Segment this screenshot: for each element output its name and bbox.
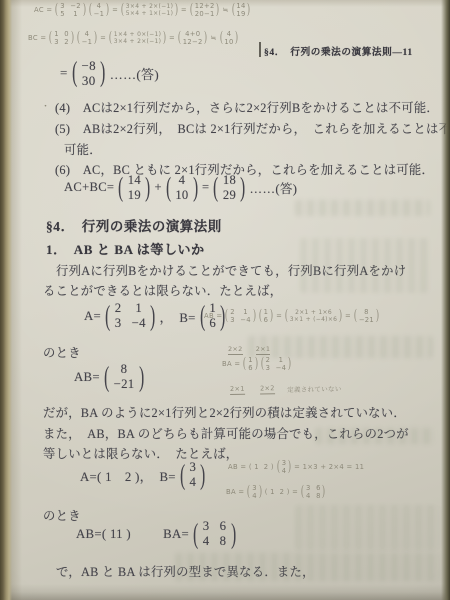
matrix-paren-left: (	[50, 31, 53, 45]
matrix-paren-left: (	[77, 31, 80, 45]
para-1a: 行列Aに行列Bをかけることができても，行列Bに行列Aをかけ	[56, 261, 406, 279]
running-head: §4． 行列の乗法の演算法則―11	[264, 44, 413, 58]
matrix-paren-left: (	[248, 485, 251, 499]
matrix: (16)	[243, 356, 257, 372]
matrix-cell: 3	[115, 316, 122, 331]
text-run: BA=	[163, 527, 189, 542]
matrix-cell: 1	[243, 308, 248, 316]
matrix: (1×4 + 0×(−1)3×4 + 2×(−1))	[109, 31, 166, 45]
text-run: AB = ( 1 2 )	[228, 463, 274, 471]
matrix-cell: 4+0	[185, 30, 200, 38]
matrix-paren-left: (	[190, 3, 193, 17]
matrix-paren-right: )	[201, 462, 206, 489]
matrix: (1829)	[212, 173, 246, 203]
matrix-cell: 2×1 + 1×6	[295, 309, 332, 316]
matrix-cell: 3	[54, 38, 59, 46]
matrix-cell: 1	[54, 30, 59, 38]
matrix-paren-right: )	[270, 309, 273, 323]
matrix-paren-left: (	[220, 31, 223, 45]
matrix-cell: 1	[135, 301, 142, 316]
matrix-paren-left: (	[232, 3, 235, 17]
text-run: BC =	[28, 34, 46, 42]
matrix-paren-right: )	[139, 364, 144, 391]
matrix-paren-left: (	[89, 3, 92, 17]
matrix-paren-right: )	[376, 309, 379, 323]
matrix-cell: 1	[279, 356, 284, 364]
matrix-cell: 18	[223, 173, 236, 188]
matrix-paren-left: (	[180, 462, 185, 489]
text-run: 2×1	[256, 345, 271, 355]
text-run: だが，BA のように2×1行列と2×2行列の積は定義されていない．	[43, 403, 406, 421]
item-5-cont: 可能．	[64, 140, 102, 158]
text-run: +	[154, 180, 161, 195]
item-5: (5) ABは2×2行列， BCは 2×1行列だから， これらを加えることは不	[55, 119, 450, 137]
matrix-paren-left: (	[178, 31, 181, 45]
matrix-paren-left: (	[105, 303, 110, 330]
matrix-cell: 14	[128, 173, 141, 188]
matrix-paren-right: )	[247, 3, 250, 17]
matrix: (12+220−1)	[190, 2, 220, 18]
matrix-cell: 4	[179, 173, 186, 188]
matrix-cell: −21	[359, 316, 374, 324]
matrix-paren-right: )	[339, 309, 342, 323]
matrix-paren-right: )	[236, 31, 239, 45]
matrix-cell: 8	[220, 534, 227, 549]
matrix-paren-right: )	[175, 3, 178, 17]
hw-ba-undefined: BA =(16)(213−4)	[222, 356, 291, 372]
ac-plus-bc-answer: AC+BC=(1419)+(410)=(1829)……(答)	[64, 173, 297, 203]
para-2a: だが，BA のように2×1行列と2×2行列の積は定義されていない．	[43, 403, 406, 421]
matrix-cell: 4	[203, 534, 210, 549]
matrix-cell: 10	[175, 188, 188, 203]
matrix-cell: 6	[248, 364, 253, 372]
matrix: (1032)	[49, 30, 73, 46]
matrix-paren-right: )	[145, 175, 150, 201]
matrix: (4−1)	[89, 2, 109, 18]
hw-bc-calc: BC =(1032)(4−1)=(1×4 + 0×(−1)3×4 + 2×(−1…	[28, 30, 239, 46]
text-run: AC =	[34, 6, 52, 14]
text-run: (5) ABは2×2行列， BCは 2×1行列だから， これらを加えることは不	[55, 119, 450, 137]
matrix: (1419)	[117, 173, 151, 203]
matrix-paren-right: )	[94, 31, 97, 45]
matrix-paren-right: )	[83, 3, 86, 17]
matrix-paren-right: )	[259, 485, 262, 499]
matrix-paren-left: (	[56, 3, 59, 17]
matrix-paren-left: (	[104, 364, 109, 391]
matrix-cell: 3	[282, 459, 287, 467]
hw-ba2-calc: BA =(34)( 1 2 ) =(3648)	[226, 484, 326, 500]
text-run: BA =	[222, 360, 240, 368]
text-run: 1． AB と BA は等しいか	[46, 239, 205, 258]
matrix-cell: −2	[70, 2, 81, 10]
matrix-paren-right: )	[150, 303, 155, 330]
matrix-cell: 2	[115, 301, 122, 316]
matrix-cell: 30	[82, 73, 96, 88]
para-notoki-1: のとき	[43, 343, 81, 361]
matrix-cell: 14	[236, 2, 245, 10]
matrix-paren-right: )	[100, 60, 105, 87]
matrix-cell: 19	[236, 10, 245, 18]
matrix: (3648)	[301, 484, 325, 500]
matrix-paren-right: )	[231, 521, 236, 548]
para-1b: ることができるとは限らない．たとえば，	[43, 281, 282, 299]
matrix-cell: 12+2	[195, 2, 215, 10]
matrix-cell: 3	[230, 316, 235, 324]
matrix-paren-left: (	[244, 357, 247, 371]
matrix-cell: 3×4 + 2×(−1)	[126, 3, 173, 10]
matrix-cell: 4	[85, 30, 90, 38]
matrix-cell: 8	[364, 308, 369, 316]
text-run: A=	[84, 309, 101, 324]
text-run: ・	[41, 99, 50, 112]
text-run: ……(答)	[250, 178, 298, 197]
matrix: (−830)	[71, 58, 107, 89]
matrix-paren-left: (	[193, 521, 198, 548]
hw-ab-dims: 2×2 2×1	[228, 345, 270, 355]
matrix: (4+012−2)	[178, 30, 208, 46]
matrix-paren-right: )	[240, 175, 245, 201]
para-3: で，AB と BA は行列の型まで異なる．また，	[56, 562, 315, 580]
matrix-paren-left: (	[121, 3, 124, 17]
matrix-cell: −1	[82, 38, 93, 46]
matrix-paren-right: )	[323, 485, 326, 499]
matrix: (2×1 + 1×63×1 + (−4)×6)	[285, 309, 342, 323]
text-run: ( 1 2 ) =	[265, 488, 298, 496]
matrix-paren-right: )	[71, 31, 74, 45]
matrix-cell: 1×4 + 0×(−1)	[114, 31, 161, 38]
matrix-cell: 8	[316, 492, 321, 500]
matrix-cell: 3	[60, 2, 65, 10]
text-run: =	[276, 312, 282, 320]
sub-heading: 1． AB と BA は等しいか	[46, 239, 205, 258]
matrix-cell: 0	[64, 30, 69, 38]
text-run: §4． 行列の乗法の演算法則―11	[264, 44, 413, 58]
matrix: (213−4)	[104, 301, 156, 331]
text-run: ることができるとは限らない．たとえば，	[43, 281, 282, 299]
text-run: 2×2	[228, 345, 243, 355]
matrix: (1419)	[232, 2, 251, 18]
matrix-paren-right: )	[255, 357, 258, 371]
text-run	[248, 386, 258, 394]
book-page-photo: AC =(3−251)(4−1)=(3×4 + 2×(−1)5×4 + 1×(−…	[0, 0, 450, 600]
matrix-cell: 6	[220, 519, 227, 534]
text-run: (4) ACは2×1行列だから，さらに2×2行列Bをかけることは不可能．	[55, 98, 439, 116]
matrix-paren-right: )	[288, 357, 291, 371]
matrix-cell: 20−1	[195, 10, 215, 18]
matrix-cell: 4	[282, 467, 287, 475]
text-run: ≒	[223, 6, 229, 14]
matrix: (3×4 + 2×(−1)5×4 + 1×(−1))	[121, 3, 178, 17]
matrix-cell: 4	[97, 2, 102, 10]
matrix-cell: 3	[252, 484, 257, 492]
text-run: また， AB，BA のどちらも計算可能の場合でも，これらの2つが	[43, 424, 409, 442]
ab-ba-results: AB=( 11 ) BA=(3648)	[76, 519, 237, 549]
matrix-paren-left: (	[109, 31, 112, 45]
matrix-paren-left: (	[301, 485, 304, 499]
matrix-cell: 1	[73, 10, 78, 18]
text-run: =	[60, 65, 68, 81]
text-run: =	[181, 6, 187, 14]
matrix-cell: −4	[240, 316, 251, 324]
matrix-cell: 5×4 + 1×(−1)	[126, 10, 173, 17]
matrix-paren-left: (	[354, 309, 357, 323]
matrix-paren-left: (	[277, 460, 280, 474]
text-run: 行列Aに行列Bをかけることができても，行列Bに行列Aをかけ	[56, 261, 406, 279]
matrix-cell: 3	[203, 519, 210, 534]
text-run: AC+BC=	[64, 180, 114, 195]
show-through-blob	[295, 200, 430, 216]
section-heading: §4． 行列の乗法の演算法則	[46, 216, 222, 235]
matrix-cell: −21	[114, 377, 135, 392]
matrix-cell: 4	[252, 492, 257, 500]
matrix-cell: 3	[306, 484, 311, 492]
matrix-cell: 29	[223, 188, 236, 203]
matrix-cell: 1	[248, 356, 253, 364]
text-run	[134, 525, 160, 544]
item-4: (4) ACは2×1行列だから，さらに2×2行列Bをかけることは不可能．	[55, 98, 439, 116]
matrix-cell: 2	[266, 356, 271, 364]
matrix-cell: 1	[264, 308, 269, 316]
matrix-cell: −4	[276, 364, 287, 372]
text-run: 2×1	[230, 385, 245, 395]
matrix-cell: −4	[132, 316, 146, 331]
text-run: で，AB と BA は行列の型まで異なる．また，	[56, 562, 315, 580]
text-run: =	[169, 34, 175, 42]
matrix-cell: 3×4 + 2×(−1)	[114, 38, 161, 45]
matrix: (4−1)	[77, 30, 97, 46]
matrix-paren-right: )	[288, 460, 291, 474]
matrix-cell: 2	[64, 38, 69, 46]
show-through-blob	[248, 336, 433, 358]
ab-result: AB=(8−21)	[74, 362, 145, 392]
matrix-cell: 12−2	[183, 38, 203, 46]
text-run: BA =	[226, 488, 244, 496]
matrix-paren-left: (	[118, 175, 123, 201]
answer-neg8: =(−830)……(答)	[60, 58, 159, 89]
text-run: ……(答)	[110, 64, 159, 83]
matrix-cell: 3×1 + (−4)×6	[290, 316, 337, 323]
text-run: =	[345, 312, 351, 320]
matrix-cell: 8	[121, 362, 128, 377]
matrix-paren-left: (	[166, 175, 171, 201]
matrix-cell: 3	[189, 460, 196, 475]
show-through-blob	[295, 505, 440, 550]
text-run: AB=	[74, 370, 100, 385]
matrix-paren-right: )	[253, 309, 256, 323]
text-run: ， B=	[160, 307, 196, 326]
matrix-paren-right: )	[193, 175, 198, 201]
matrices-a-b-2: A=( 1 2 )， B=(34)	[80, 460, 207, 490]
matrix-cell: 3	[266, 364, 271, 372]
margin-dot: ・	[41, 99, 50, 112]
matrix-paren-right: )	[163, 31, 166, 45]
text-run: のとき	[43, 343, 81, 361]
matrix-paren-left: (	[261, 357, 264, 371]
hw-ab-calc: AB =(213−4)(16)=(2×1 + 1×63×1 + (−4)×6)=…	[204, 308, 379, 324]
matrix-cell: 4	[227, 30, 232, 38]
hw-ba-dims-note: 2×1 2×2 定義されていない	[230, 383, 342, 395]
matrix: (34)	[247, 484, 261, 500]
text-run: =	[100, 34, 106, 42]
text-run: = 1×3 + 2×4 = 11	[294, 463, 364, 471]
text-run	[246, 346, 253, 354]
text-run: A=( 1 2 )， B=	[80, 466, 176, 485]
matrix-paren-left: (	[285, 309, 288, 323]
matrix-paren-left: (	[214, 175, 219, 201]
text-run: =	[202, 180, 209, 195]
matrix-cell: 5	[60, 10, 65, 18]
hw-ab2-calc: AB = ( 1 2 )(34)= 1×3 + 2×4 = 11	[228, 459, 364, 475]
matrix: (34)	[277, 459, 291, 475]
text-run: =	[112, 6, 118, 14]
matrix-paren-left: (	[72, 60, 77, 87]
matrix-paren-left: (	[259, 309, 262, 323]
matrix-paren-right: )	[106, 3, 109, 17]
matrix-paren-right: )	[217, 3, 220, 17]
matrix-cell: 19	[128, 188, 141, 203]
matrix: (3648)	[192, 519, 237, 549]
matrix-paren-right: )	[205, 31, 208, 45]
matrix: (410)	[220, 30, 239, 46]
matrix-cell: 4	[189, 475, 196, 490]
text-run: 定義されていない	[278, 384, 342, 394]
matrix-cell: 6	[264, 316, 269, 324]
matrix: (213−4)	[225, 308, 255, 324]
text-run: AB =	[204, 312, 222, 320]
text-run: AB=( 11 )	[76, 527, 131, 542]
matrix-paren-left: (	[226, 309, 229, 323]
text-run: ≒	[211, 34, 217, 42]
matrix: (410)	[165, 173, 199, 203]
text-run: 2×2	[260, 384, 275, 394]
text-run: 可能．	[64, 140, 102, 158]
matrix-cell: −1	[94, 10, 105, 18]
matrix-cell: 4	[306, 492, 311, 500]
text-run: §4． 行列の乗法の演算法則	[46, 216, 222, 235]
matrix-cell: −8	[82, 58, 96, 73]
matrix: (3−251)	[55, 2, 85, 18]
hw-ac-calc: AC =(3−251)(4−1)=(3×4 + 2×(−1)5×4 + 1×(−…	[34, 2, 251, 18]
para-2b: また， AB，BA のどちらも計算可能の場合でも，これらの2つが	[43, 424, 409, 442]
matrix-cell: 6	[316, 484, 321, 492]
matrix-cell: 2	[230, 308, 235, 316]
running-head-rule	[259, 42, 261, 57]
matrix: (16)	[259, 308, 273, 324]
matrix: (34)	[179, 460, 207, 490]
matrix: (8−21)	[354, 308, 379, 324]
matrix: (213−4)	[261, 356, 291, 372]
matrix: (8−21)	[103, 362, 145, 392]
matrix-cell: 10	[224, 38, 233, 46]
